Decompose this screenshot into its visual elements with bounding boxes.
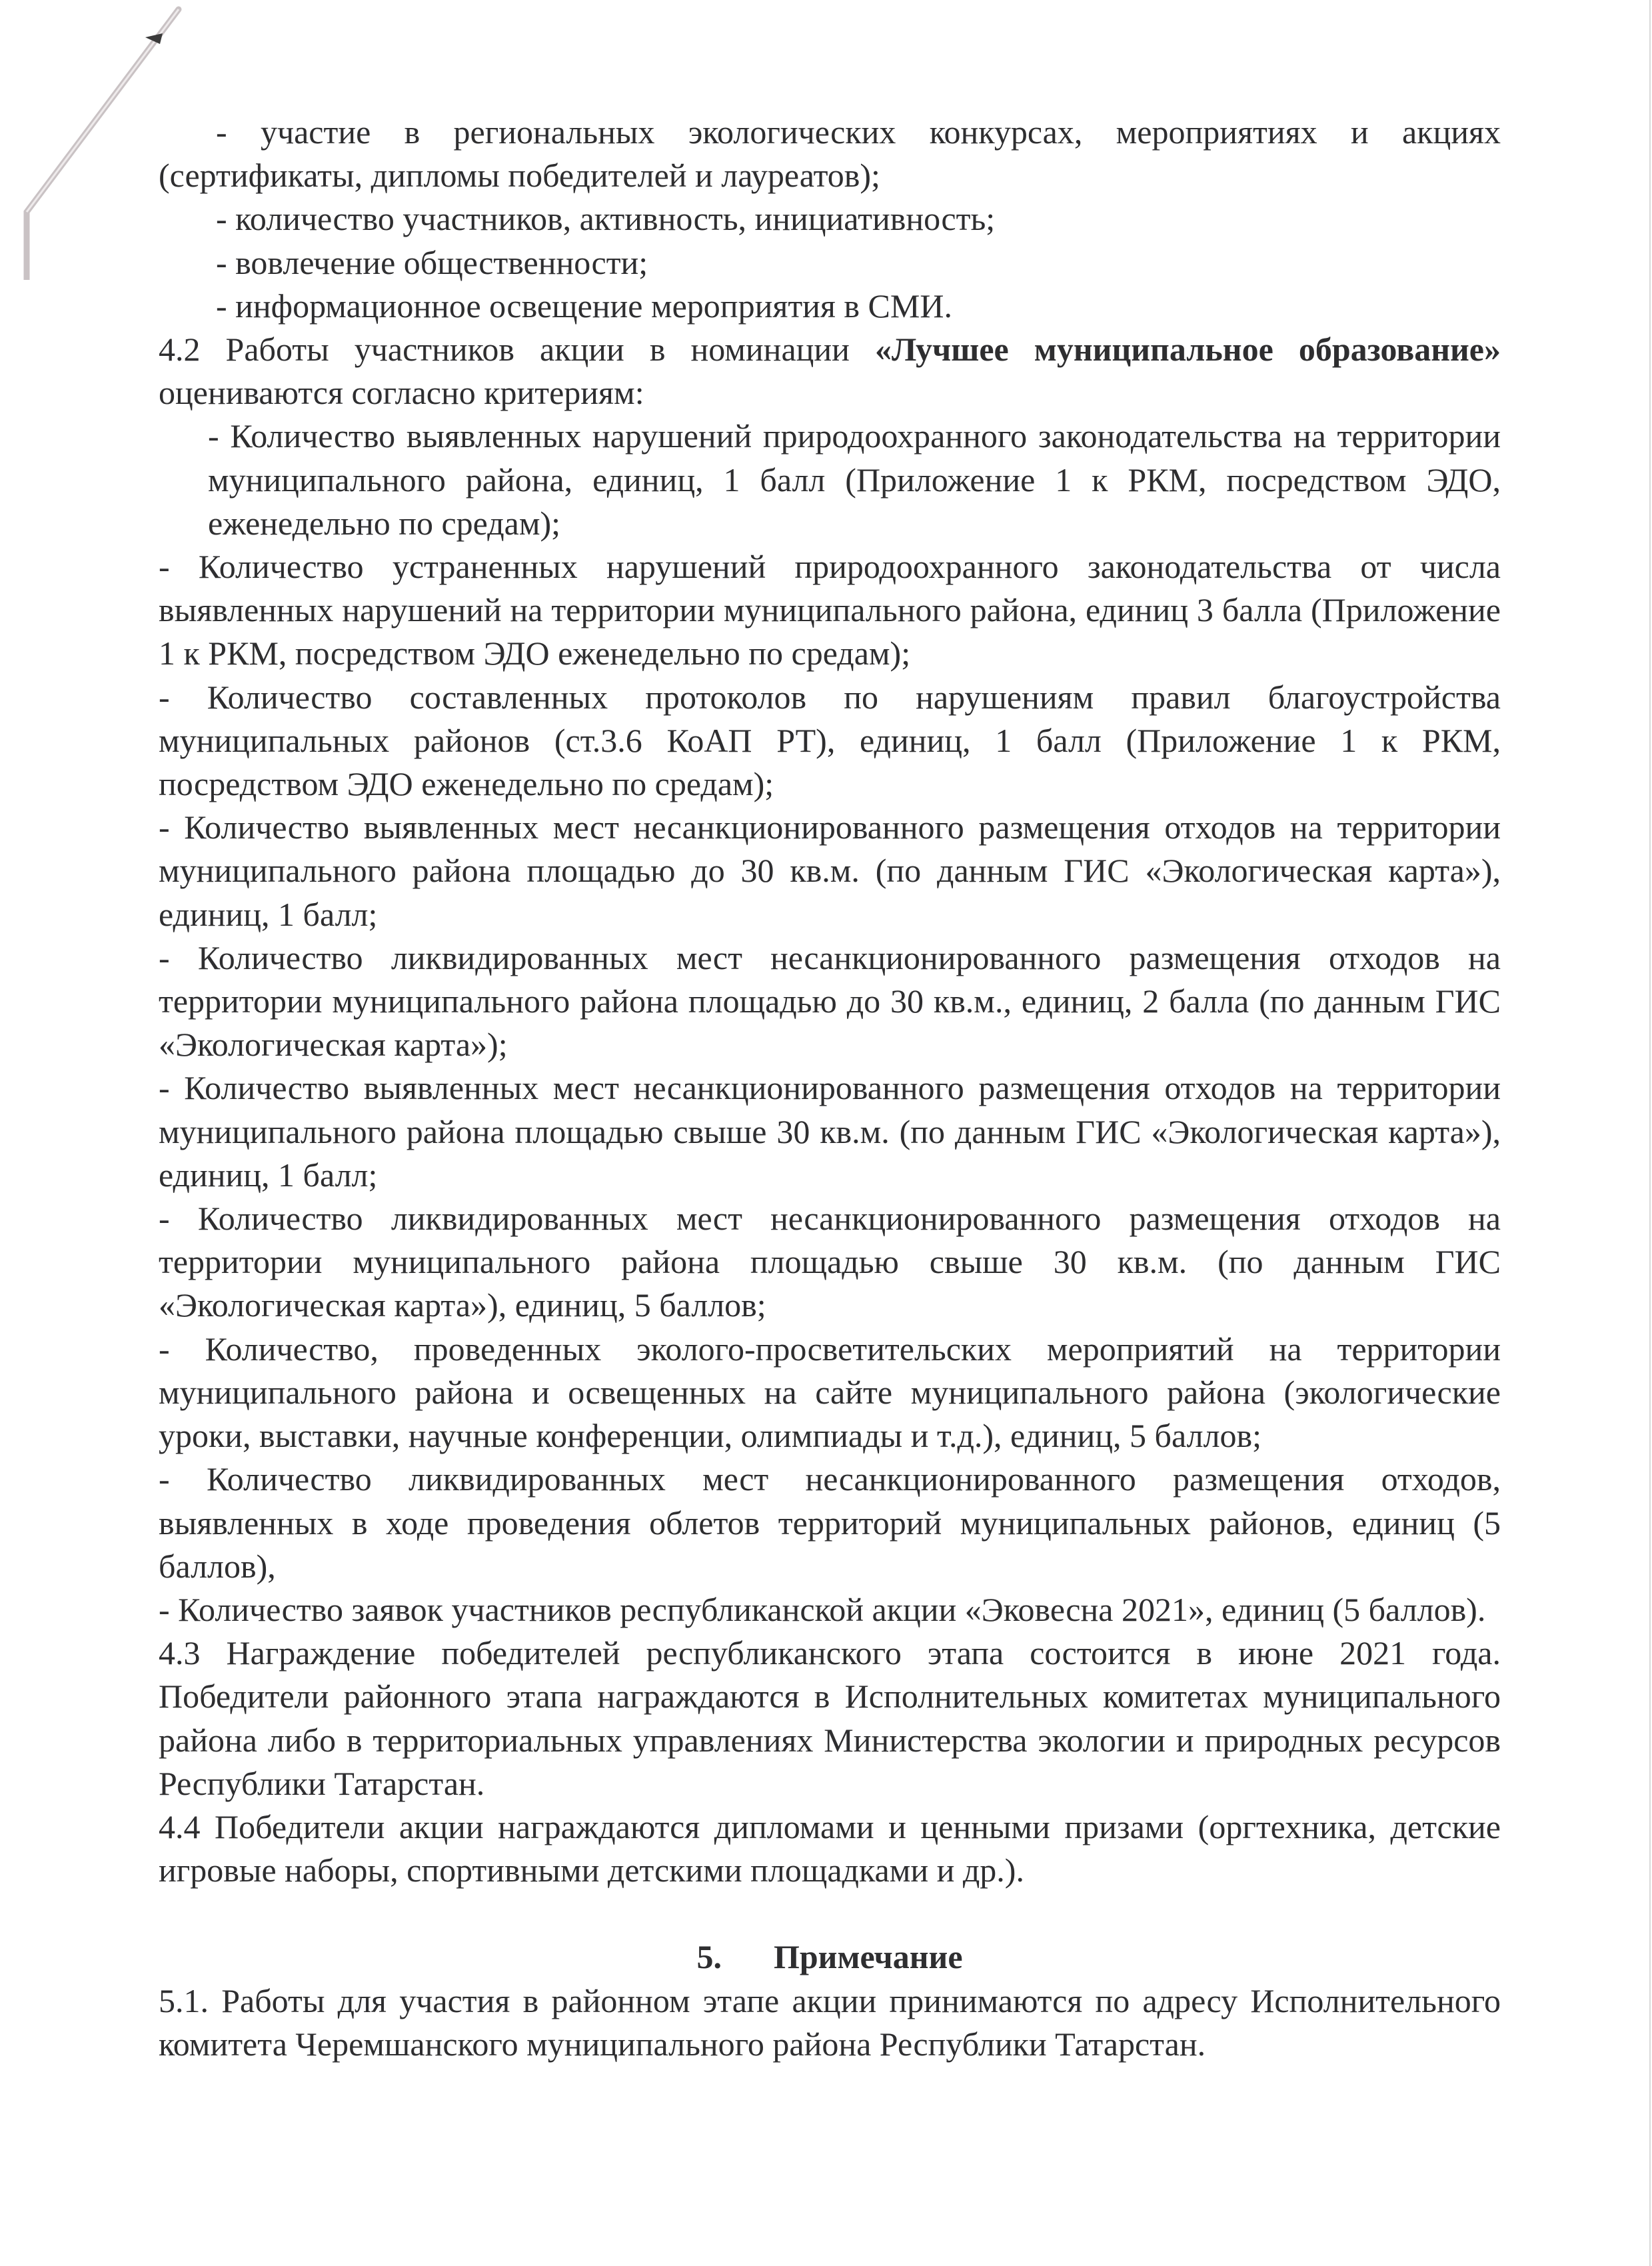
nomination-title: «Лучшее муниципальное образование» [875, 331, 1501, 368]
criterion-dumps-detected-small: - Количество выявленных мест несанкциони… [159, 806, 1501, 936]
section-4-3: 4.3 Награждение победителей республиканс… [159, 1632, 1501, 1805]
criteria-item: - участие в региональных экологических к… [159, 111, 1501, 197]
criterion-eco-events: - Количество, проведенных эколого-просве… [159, 1328, 1501, 1458]
criterion-violations-detected: - Количество выявленных нарушений природ… [159, 415, 1501, 545]
section-5-heading: 5.Примечание [159, 1935, 1501, 1979]
criterion-dumps-detected-large: - Количество выявленных мест несанкциони… [159, 1066, 1501, 1197]
section-4-2-suffix: оцениваются согласно критериям: [159, 374, 644, 411]
criteria-item: - вовлечение общественности; [159, 241, 1501, 285]
criterion-violations-fixed: - Количество устраненных нарушений приро… [159, 545, 1501, 676]
section-4-2-intro: 4.2 Работы участников акции в номинации … [159, 328, 1501, 415]
criteria-item: - информационное освещение мероприятия в… [159, 285, 1501, 328]
document-page: - участие в региональных экологических к… [159, 111, 1501, 2066]
section-5-number: 5. [696, 1938, 722, 1975]
criterion-ecovesna-applications: - Количество заявок участников республик… [159, 1588, 1501, 1632]
criterion-dumps-liquidated-small: - Количество ликвидированных мест несанк… [159, 936, 1501, 1067]
scan-edge-line [1649, 0, 1651, 2266]
criterion-flyover-dumps: - Количество ликвидированных мест несанк… [159, 1458, 1501, 1588]
section-5-title: Примечание [774, 1938, 963, 1975]
section-4-4: 4.4 Победители акции награждаются диплом… [159, 1805, 1501, 1892]
criterion-protocols: - Количество составленных протоколов по … [159, 676, 1501, 806]
section-5-1: 5.1. Работы для участия в районном этапе… [159, 1979, 1501, 2066]
criteria-item: - количество участников, активность, ини… [159, 197, 1501, 241]
criterion-dumps-liquidated-large: - Количество ликвидированных мест несанк… [159, 1197, 1501, 1328]
section-4-2-prefix: 4.2 Работы участников акции в номинации [159, 331, 875, 368]
